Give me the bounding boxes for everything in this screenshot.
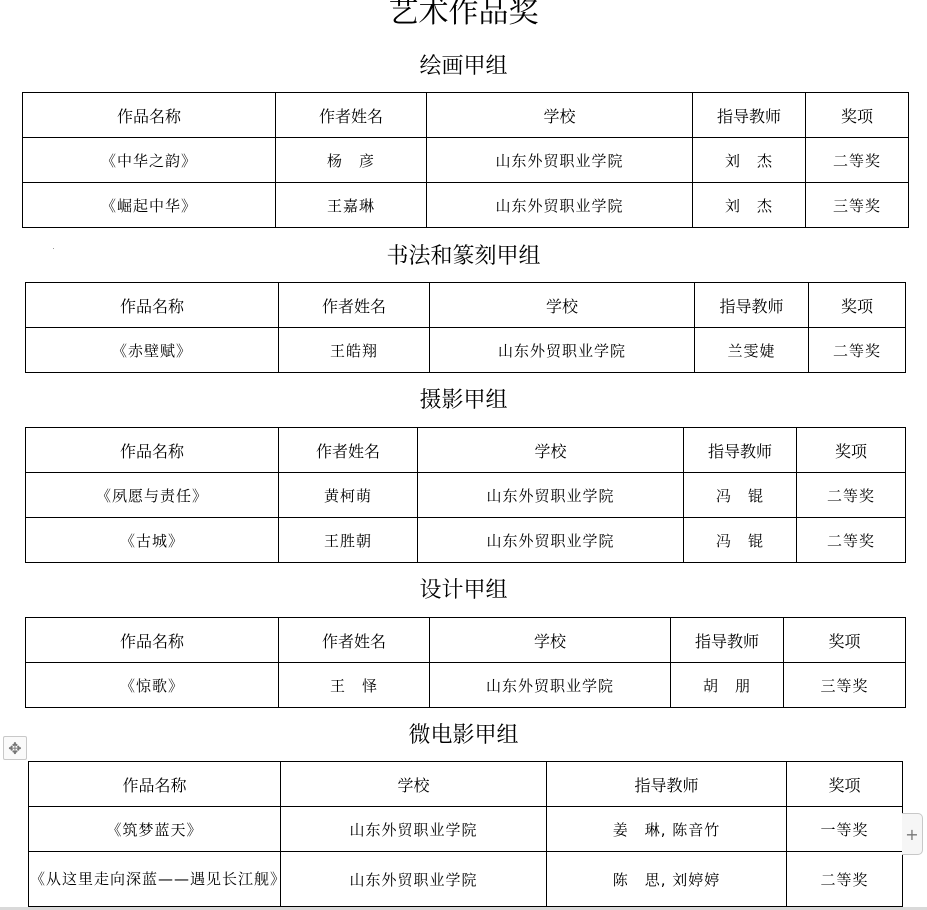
header-school: 学校: [430, 618, 671, 663]
header-school: 学校: [427, 93, 693, 138]
header-advisor: 指导教师: [684, 428, 797, 473]
table-row: 《从这里走向深蓝——遇见长江舰》 山东外贸职业学院 陈 思, 刘婷婷 二等奖: [29, 852, 903, 907]
table-header-row: 作品名称 作者姓名 学校 指导教师 奖项: [26, 283, 906, 328]
cell-work-name[interactable]: 《从这里走向深蓝——遇见长江舰》: [29, 852, 281, 907]
add-row-button[interactable]: +: [902, 813, 923, 855]
table-calligraphy: 作品名称 作者姓名 学校 指导教师 奖项 《赤壁赋》 王皓翔 山东外贸职业学院 …: [25, 282, 906, 373]
table-row: 《崛起中华》 王嘉琳 山东外贸职业学院 刘 杰 三等奖: [23, 183, 909, 228]
header-award: 奖项: [797, 428, 906, 473]
cell-work-name[interactable]: 《赤壁赋》: [26, 328, 279, 373]
header-advisor: 指导教师: [693, 93, 806, 138]
cell-work-name[interactable]: 《崛起中华》: [23, 183, 276, 228]
cell-work-name[interactable]: 《中华之韵》: [23, 138, 276, 183]
cell-advisor[interactable]: 胡 朋: [671, 663, 784, 708]
cell-school[interactable]: 山东外贸职业学院: [418, 473, 684, 518]
cell-school[interactable]: 山东外贸职业学院: [427, 183, 693, 228]
cell-work-name[interactable]: 《筑梦蓝天》: [29, 807, 281, 852]
cell-advisor[interactable]: 冯 锟: [684, 473, 797, 518]
cell-work-name[interactable]: 《惊歌》: [26, 663, 279, 708]
cell-award[interactable]: 二等奖: [797, 518, 906, 563]
cell-award[interactable]: 三等奖: [806, 183, 909, 228]
cell-advisor[interactable]: 刘 杰: [693, 183, 806, 228]
header-author: 作者姓名: [279, 428, 418, 473]
table-header-row: 作品名称 作者姓名 学校 指导教师 奖项: [26, 618, 906, 663]
header-work-name: 作品名称: [26, 428, 279, 473]
cell-author[interactable]: 王 怿: [279, 663, 430, 708]
cell-award[interactable]: 一等奖: [787, 807, 903, 852]
header-author: 作者姓名: [279, 618, 430, 663]
header-work-name: 作品名称: [23, 93, 276, 138]
cell-author[interactable]: 王嘉琳: [276, 183, 427, 228]
cell-author[interactable]: 黄柯萌: [279, 473, 418, 518]
table-row: 《筑梦蓝天》 山东外贸职业学院 姜 琳, 陈音竹 一等奖: [29, 807, 903, 852]
cell-author[interactable]: 王胜朝: [279, 518, 418, 563]
table-header-row: 作品名称 学校 指导教师 奖项: [29, 762, 903, 807]
header-work-name: 作品名称: [26, 618, 279, 663]
cell-work-name[interactable]: 《古城》: [26, 518, 279, 563]
cell-school[interactable]: 山东外贸职业学院: [430, 663, 671, 708]
header-work-name: 作品名称: [26, 283, 279, 328]
table-header-row: 作品名称 作者姓名 学校 指导教师 奖项: [23, 93, 909, 138]
cell-author[interactable]: 王皓翔: [279, 328, 430, 373]
section-title-design: 设计甲组: [0, 578, 927, 604]
cell-school[interactable]: 山东外贸职业学院: [418, 518, 684, 563]
cell-author[interactable]: 杨 彦: [276, 138, 427, 183]
section-title-calligraphy: 书法和篆刻甲组: [0, 244, 927, 270]
header-advisor: 指导教师: [547, 762, 787, 807]
table-row: 《中华之韵》 杨 彦 山东外贸职业学院 刘 杰 二等奖: [23, 138, 909, 183]
table-design: 作品名称 作者姓名 学校 指导教师 奖项 《惊歌》 王 怿 山东外贸职业学院 胡…: [25, 617, 906, 708]
header-award: 奖项: [809, 283, 906, 328]
cell-award[interactable]: 二等奖: [797, 473, 906, 518]
table-painting: 作品名称 作者姓名 学校 指导教师 奖项 《中华之韵》 杨 彦 山东外贸职业学院…: [22, 92, 909, 228]
header-author: 作者姓名: [279, 283, 430, 328]
cell-advisor[interactable]: 兰雯婕: [695, 328, 809, 373]
cell-school[interactable]: 山东外贸职业学院: [427, 138, 693, 183]
cell-award[interactable]: 二等奖: [806, 138, 909, 183]
header-school: 学校: [418, 428, 684, 473]
section-title-photography: 摄影甲组: [0, 388, 927, 414]
table-row: 《惊歌》 王 怿 山东外贸职业学院 胡 朋 三等奖: [26, 663, 906, 708]
table-move-handle-icon[interactable]: ✥: [3, 736, 27, 760]
cell-advisor[interactable]: 刘 杰: [693, 138, 806, 183]
header-school: 学校: [281, 762, 547, 807]
header-award: 奖项: [806, 93, 909, 138]
cell-school[interactable]: 山东外贸职业学院: [430, 328, 695, 373]
table-row: 《赤壁赋》 王皓翔 山东外贸职业学院 兰雯婕 二等奖: [26, 328, 906, 373]
cell-advisor[interactable]: 陈 思, 刘婷婷: [547, 852, 787, 907]
table-row: 《夙愿与责任》 黄柯萌 山东外贸职业学院 冯 锟 二等奖: [26, 473, 906, 518]
header-award: 奖项: [784, 618, 906, 663]
table-header-row: 作品名称 作者姓名 学校 指导教师 奖项: [26, 428, 906, 473]
cell-advisor[interactable]: 姜 琳, 陈音竹: [547, 807, 787, 852]
cell-work-name[interactable]: 《夙愿与责任》: [26, 473, 279, 518]
page-title: 艺术作品奖: [0, 0, 927, 28]
header-work-name: 作品名称: [29, 762, 281, 807]
cell-award[interactable]: 二等奖: [809, 328, 906, 373]
cell-school[interactable]: 山东外贸职业学院: [281, 807, 547, 852]
section-title-painting: 绘画甲组: [0, 54, 927, 80]
plus-icon: +: [905, 825, 918, 844]
header-author: 作者姓名: [276, 93, 427, 138]
table-row: 《古城》 王胜朝 山东外贸职业学院 冯 锟 二等奖: [26, 518, 906, 563]
header-award: 奖项: [787, 762, 903, 807]
table-photography: 作品名称 作者姓名 学校 指导教师 奖项 《夙愿与责任》 黄柯萌 山东外贸职业学…: [25, 427, 906, 563]
header-advisor: 指导教师: [671, 618, 784, 663]
table-micro-film: 作品名称 学校 指导教师 奖项 《筑梦蓝天》 山东外贸职业学院 姜 琳, 陈音竹…: [28, 761, 903, 907]
cell-award[interactable]: 二等奖: [787, 852, 903, 907]
cell-award[interactable]: 三等奖: [784, 663, 906, 708]
section-title-micro-film: 微电影甲组: [0, 723, 927, 749]
header-school: 学校: [430, 283, 695, 328]
cell-advisor[interactable]: 冯 锟: [684, 518, 797, 563]
header-advisor: 指导教师: [695, 283, 809, 328]
cell-school[interactable]: 山东外贸职业学院: [281, 852, 547, 907]
